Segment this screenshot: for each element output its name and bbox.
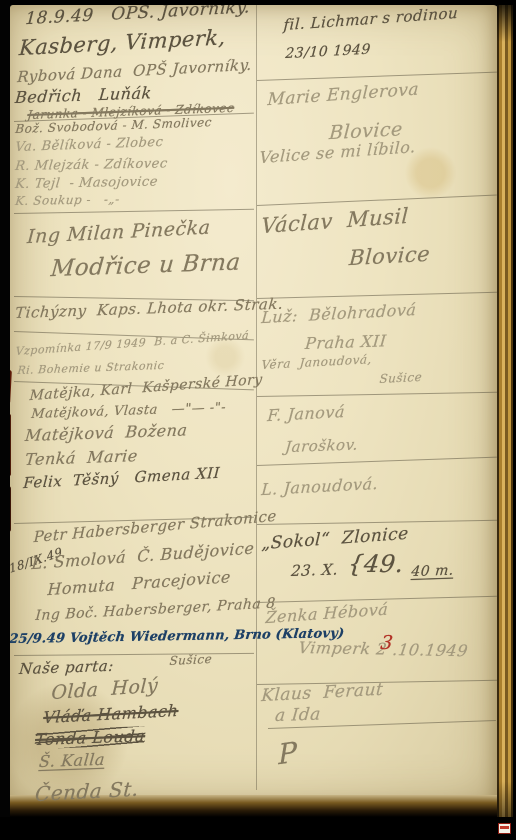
handwriting-line: Jaroškov. (284, 435, 358, 456)
ruled-line (257, 520, 497, 525)
ruled-line (257, 195, 497, 206)
handwriting-line: K. Tejl - Masojovice (14, 175, 158, 193)
ink-layer: 18.9.49 OPŠ. Javorníky.Kasberg, Vimperk,… (0, 0, 516, 840)
handwriting-line: Tichýzny Kaps. Lhota okr. Strak. (14, 295, 284, 322)
handwriting-line: 25/9.49 Vojtěch Wiedermann, Brno (Klatov… (8, 626, 345, 647)
handwriting-line: Blovice (348, 242, 431, 270)
handwriting-line: Marie Englerova (267, 79, 420, 110)
handwriting-line: Naše parta: (18, 657, 114, 678)
handwriting-line: P (278, 735, 298, 771)
handwriting-line: Tonda Louda (34, 726, 146, 749)
handwriting-line: Věra Janoudová, (261, 352, 372, 372)
handwriting-line: Václav Musil (261, 204, 410, 238)
handwriting-line: .10.1949 (391, 640, 469, 660)
handwriting-line: Olda Holý (51, 675, 159, 705)
handwriting-line: Vimperk 2 (297, 638, 388, 658)
ruled-line (257, 457, 497, 466)
handwriting-line: Matějka, Karl Kašperské Hory (29, 372, 263, 404)
handwriting-line: Luž: Bělohradová (261, 300, 417, 327)
handwriting-line: fil. Lichmar s rodinou (283, 4, 459, 34)
handwriting-line: Vláďa Hambach (43, 701, 179, 727)
column-divider-line (256, 2, 257, 790)
scan-border-top (0, 0, 516, 5)
ruled-line (14, 653, 254, 656)
handwriting-line: a Ida (274, 704, 322, 726)
handwriting-line: Va. Bělíková - Zlobec (15, 135, 164, 155)
ruled-line (257, 292, 497, 299)
handwriting-line: Homuta Pracejovice (47, 567, 231, 599)
handwriting-line: L. Janoudová. (261, 474, 379, 499)
handwriting-line: Ri. Bohemie u Strakonic (17, 359, 165, 377)
handwriting-line: 23. X. (290, 560, 339, 580)
handwriting-line: {49. (347, 550, 406, 578)
scan-border-bottom (0, 817, 516, 840)
handwriting-line: Ženka Hébová (265, 599, 389, 627)
handwriting-line: Modřice u Brna (50, 249, 242, 282)
handwriting-line: Tenká Marie (24, 446, 138, 469)
handwriting-line: Čenda St. (34, 777, 139, 807)
handwriting-line: Praha XII (304, 331, 387, 353)
handwriting-line: Ing Milan Pinečka (26, 216, 211, 248)
handwriting-line: Sušice (379, 370, 423, 386)
ruled-line (14, 209, 254, 214)
handwriting-line: Sušice (169, 652, 213, 668)
handwriting-line: Velice se mi líbilo. (259, 137, 416, 167)
handwriting-line: K. Soukup - -„- (15, 192, 121, 208)
scanned-guestbook-page: 18.9.49 OPŠ. Javorníky.Kasberg, Vimperk,… (0, 0, 516, 840)
ruled-line (257, 72, 497, 81)
handwriting-line: 23/10 1949 (285, 42, 371, 63)
watermark-icon (498, 823, 511, 834)
handwriting-line: Matějková, Vlasta —"— -"- (31, 400, 227, 422)
ruled-line (257, 392, 497, 397)
handwriting-line: Ing Boč. Habersberger, Praha 8 (35, 595, 276, 624)
handwriting-line: Kasberg, Vimperk, (18, 25, 226, 60)
handwriting-line: Š. Kalla (38, 750, 105, 771)
scan-border-left (0, 0, 10, 840)
handwriting-line: Matějková Božena (24, 420, 188, 445)
handwriting-line: 40 m. (411, 563, 455, 581)
handwriting-line: F. Janová (267, 402, 346, 425)
handwriting-line: Rybová Dana OPŠ Javorníky. (17, 56, 253, 86)
handwriting-line: R. Mlejzák - Zdíkovec (14, 156, 168, 174)
